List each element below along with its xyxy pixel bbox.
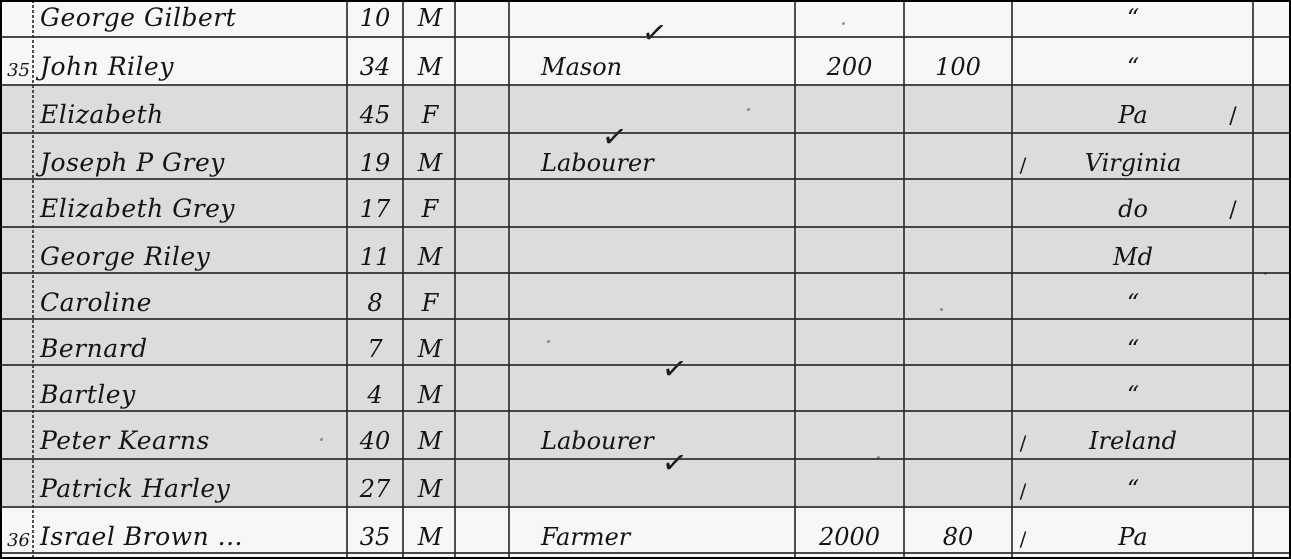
census-row: George Riley 11 M Md — [2, 228, 1289, 275]
person-age: 4 — [348, 366, 402, 413]
end-tick-mark — [1214, 366, 1252, 413]
census-row: Patrick Harley 27 M / “ ✓ — [2, 460, 1289, 507]
line-number — [2, 86, 32, 133]
person-occupation — [511, 460, 794, 507]
census-row: Joseph P Grey 19 M Labourer / Virginia ✓ — [2, 134, 1289, 181]
person-age: 40 — [348, 412, 402, 459]
census-row: 36 Israel Brown ... 35 M Farmer 2000 80 … — [2, 508, 1289, 555]
person-sex: M — [404, 320, 456, 367]
end-tick-mark — [1214, 460, 1252, 507]
person-age: 35 — [348, 508, 402, 555]
person-sex: M — [404, 508, 456, 555]
line-number — [2, 320, 32, 367]
personal-estate-value — [905, 412, 1011, 459]
census-row: Peter Kearns 40 M Labourer / Ireland — [2, 412, 1289, 459]
line-number: 36 — [2, 508, 32, 555]
person-sex: M — [404, 460, 456, 507]
person-color — [457, 366, 509, 413]
person-age: 11 — [348, 228, 402, 275]
person-age: 27 — [348, 460, 402, 507]
check-mark-icon: ✓ — [660, 350, 690, 388]
end-tick-mark — [1214, 228, 1252, 275]
row-rule — [2, 364, 1289, 366]
person-age: 10 — [348, 0, 402, 36]
line-number — [2, 180, 32, 227]
paper-speck — [320, 438, 323, 441]
person-color — [457, 38, 509, 85]
person-sex: F — [404, 86, 456, 133]
person-age: 45 — [348, 86, 402, 133]
person-age: 17 — [348, 180, 402, 227]
person-age: 8 — [348, 274, 402, 321]
person-name: Peter Kearns — [36, 412, 346, 459]
person-occupation — [511, 228, 794, 275]
census-sheet: George Gilbert 10 M “ 35 John Riley 34 M… — [2, 0, 1289, 557]
row-rule — [2, 84, 1289, 86]
line-number — [2, 134, 32, 181]
person-name: George Gilbert — [36, 0, 346, 36]
person-sex: F — [404, 274, 456, 321]
census-row: Elizabeth Grey 17 F do / — [2, 180, 1289, 227]
person-color — [457, 460, 509, 507]
person-sex: M — [404, 366, 456, 413]
person-color — [457, 134, 509, 181]
personal-estate-value — [905, 274, 1011, 321]
end-tick-mark — [1214, 38, 1252, 85]
paper-speck — [547, 340, 550, 343]
person-occupation — [511, 180, 794, 227]
real-estate-value: 200 — [796, 38, 903, 85]
person-color — [457, 0, 509, 36]
person-name: Patrick Harley — [36, 460, 346, 507]
end-tick-mark — [1214, 134, 1252, 181]
end-tick-mark — [1214, 0, 1252, 36]
census-row: Caroline 8 F “ — [2, 274, 1289, 321]
real-estate-value — [796, 412, 903, 459]
personal-estate-value — [905, 86, 1011, 133]
personal-estate-value: 100 — [905, 38, 1011, 85]
row-rule — [2, 132, 1289, 134]
row-rule — [2, 178, 1289, 180]
personal-estate-value — [905, 134, 1011, 181]
person-occupation — [511, 274, 794, 321]
end-tick-mark: / — [1214, 180, 1252, 227]
row-rule — [2, 410, 1289, 412]
end-tick-mark — [1214, 412, 1252, 459]
line-number: 35 — [2, 38, 32, 85]
person-sex: M — [404, 228, 456, 275]
real-estate-value — [796, 86, 903, 133]
person-occupation — [511, 366, 794, 413]
personal-estate-value: 80 — [905, 508, 1011, 555]
person-occupation: Labourer — [511, 134, 794, 181]
check-mark-icon: ✓ — [600, 118, 630, 156]
person-color — [457, 320, 509, 367]
end-tick-mark — [1214, 320, 1252, 367]
person-occupation: Labourer — [511, 412, 794, 459]
real-estate-value: 2000 — [796, 508, 903, 555]
person-name: Bernard — [36, 320, 346, 367]
person-sex: M — [404, 412, 456, 459]
person-name: Israel Brown ... — [36, 508, 346, 555]
real-estate-value — [796, 228, 903, 275]
person-color — [457, 412, 509, 459]
person-name: John Riley — [36, 38, 346, 85]
person-sex: F — [404, 180, 456, 227]
census-row: Bernard 7 M “ — [2, 320, 1289, 367]
person-color — [457, 180, 509, 227]
person-sex: M — [404, 0, 456, 36]
person-color — [457, 228, 509, 275]
line-number — [2, 366, 32, 413]
check-mark-icon: ✓ — [640, 14, 670, 52]
person-occupation — [511, 320, 794, 367]
row-rule — [2, 226, 1289, 228]
row-rule — [2, 318, 1289, 320]
person-name: Joseph P Grey — [36, 134, 346, 181]
real-estate-value — [796, 274, 903, 321]
real-estate-value — [796, 366, 903, 413]
person-color — [457, 508, 509, 555]
person-name: George Riley — [36, 228, 346, 275]
personal-estate-value — [905, 0, 1011, 36]
person-color — [457, 274, 509, 321]
row-rule — [2, 272, 1289, 274]
line-number — [2, 274, 32, 321]
paper-speck — [940, 308, 943, 311]
personal-estate-value — [905, 460, 1011, 507]
line-number — [2, 0, 32, 36]
paper-speck — [842, 22, 845, 25]
end-tick-mark — [1214, 274, 1252, 321]
line-number — [2, 412, 32, 459]
person-sex: M — [404, 38, 456, 85]
census-row: 35 John Riley 34 M Mason 200 100 “ ✓ — [2, 38, 1289, 85]
real-estate-value — [796, 320, 903, 367]
row-rule — [2, 36, 1289, 38]
paper-speck — [747, 108, 750, 111]
person-age: 19 — [348, 134, 402, 181]
real-estate-value — [796, 134, 903, 181]
person-color — [457, 86, 509, 133]
person-name: Bartley — [36, 366, 346, 413]
personal-estate-value — [905, 180, 1011, 227]
row-rule — [2, 506, 1289, 508]
person-name: Elizabeth — [36, 86, 346, 133]
row-rule — [2, 458, 1289, 460]
census-row: Bartley 4 M “ ✓ — [2, 366, 1289, 413]
person-sex: M — [404, 134, 456, 181]
real-estate-value — [796, 0, 903, 36]
row-rule — [2, 552, 1289, 554]
line-number — [2, 460, 32, 507]
person-occupation — [511, 86, 794, 133]
person-age: 7 — [348, 320, 402, 367]
real-estate-value — [796, 460, 903, 507]
personal-estate-value — [905, 320, 1011, 367]
real-estate-value — [796, 180, 903, 227]
person-name: Elizabeth Grey — [36, 180, 346, 227]
person-occupation: Farmer — [511, 508, 794, 555]
personal-estate-value — [905, 366, 1011, 413]
line-number — [2, 228, 32, 275]
person-age: 34 — [348, 38, 402, 85]
census-row: Elizabeth 45 F Pa / — [2, 86, 1289, 133]
person-name: Caroline — [36, 274, 346, 321]
end-tick-mark — [1214, 508, 1252, 555]
personal-estate-value — [905, 228, 1011, 275]
check-mark-icon: ✓ — [660, 444, 690, 482]
end-tick-mark: / — [1214, 86, 1252, 133]
